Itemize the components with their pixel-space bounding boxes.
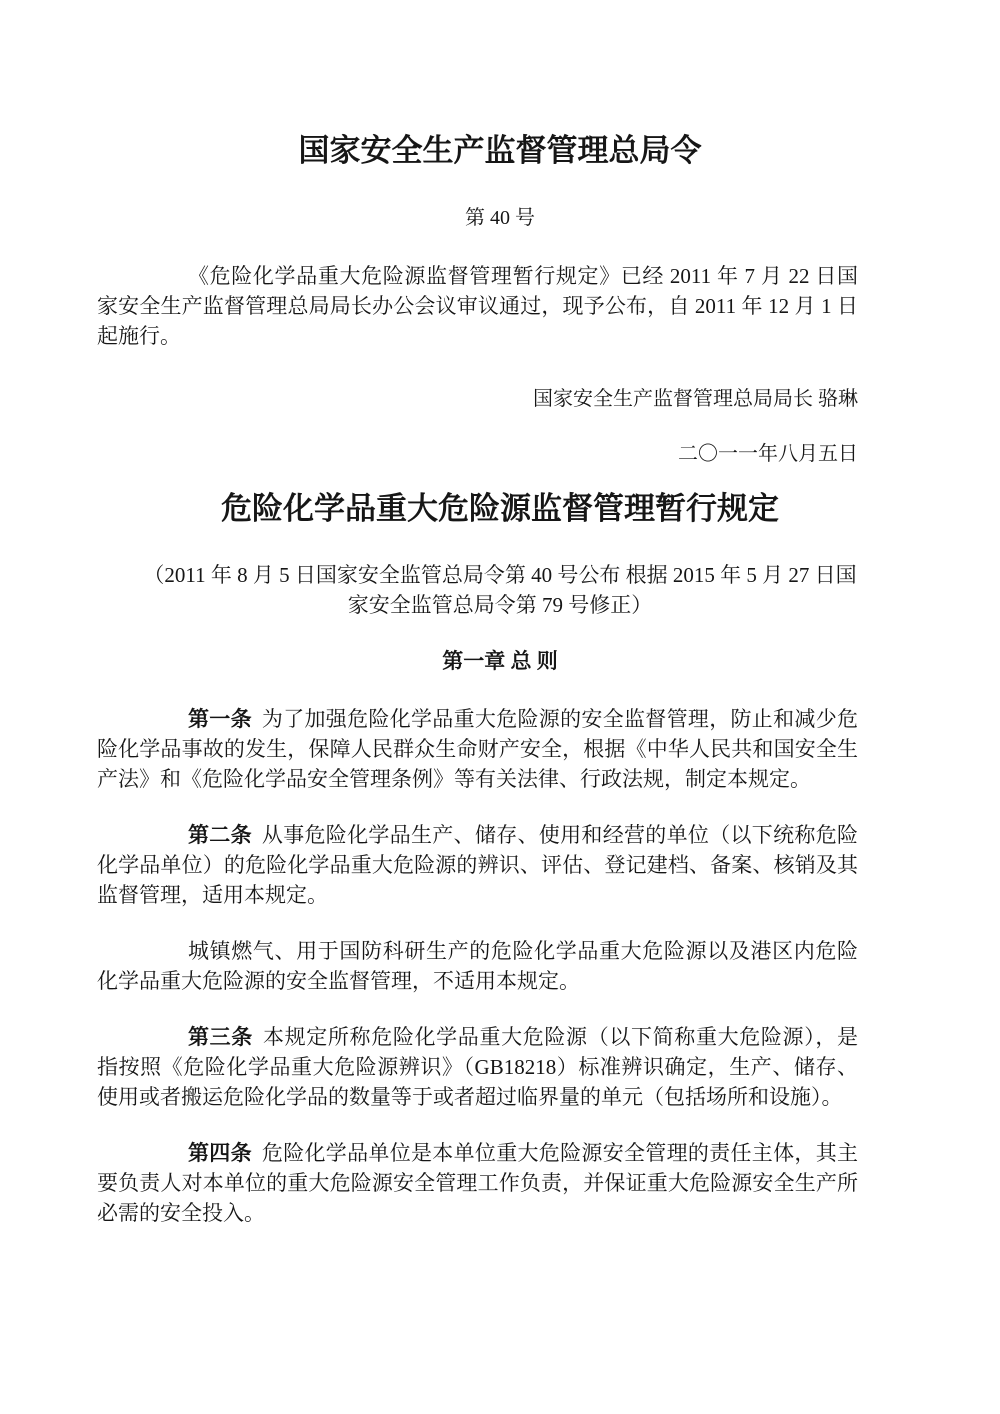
document-page: 国家安全生产监督管理总局令 第 40 号 《危险化学品重大危险源监督管理暂行规定… [0, 0, 1000, 1414]
article-number: 第二条 [188, 823, 252, 847]
regulation-title: 危险化学品重大危险源监督管理暂行规定 [0, 489, 1000, 529]
revision-note: （2011 年 8 月 5 日国家安全监管总局令第 40 号公布 根据 2015… [0, 560, 1000, 620]
article-paragraph: 第一条为了加强危险化学品重大危险源的安全监督管理，防止和减少危险化学品事故的发生… [97, 704, 858, 794]
decree-title: 国家安全生产监督管理总局令 [0, 133, 1000, 169]
decree-signer: 国家安全生产监督管理总局局长 骆琳 [97, 386, 858, 412]
decree-body: 《危险化学品重大危险源监督管理暂行规定》已经 2011 年 7 月 22 日国家… [97, 261, 858, 467]
article-number: 第一条 [188, 707, 252, 731]
decree-number: 第 40 号 [0, 205, 1000, 231]
article-paragraph: 城镇燃气、用于国防科研生产的危险化学品重大危险源以及港区内危险化学品重大危险源的… [97, 936, 858, 996]
article-number: 第四条 [188, 1141, 252, 1165]
article-number: 第三条 [188, 1025, 253, 1049]
article-paragraph: 第三条本规定所称危险化学品重大危险源（以下简称重大危险源），是指按照《危险化学品… [97, 1022, 858, 1112]
article-paragraph: 第二条从事危险化学品生产、储存、使用和经营的单位（以下统称危险化学品单位）的危险… [97, 820, 858, 910]
regulation-body: 第一条为了加强危险化学品重大危险源的安全监督管理，防止和减少危险化学品事故的发生… [97, 704, 858, 1228]
decree-date: 二〇一一年八月五日 [97, 441, 858, 467]
article-paragraph: 第四条危险化学品单位是本单位重大危险源安全管理的责任主体，其主要负责人对本单位的… [97, 1138, 858, 1228]
revision-note-line-2: 家安全监管总局令第 79 号修正） [0, 590, 1000, 620]
decree-announcement: 《危险化学品重大危险源监督管理暂行规定》已经 2011 年 7 月 22 日国家… [97, 261, 858, 351]
article-text: 城镇燃气、用于国防科研生产的危险化学品重大危险源以及港区内危险化学品重大危险源的… [97, 939, 858, 993]
chapter-heading: 第一章 总 则 [0, 648, 1000, 674]
revision-note-line-1: （2011 年 8 月 5 日国家安全监管总局令第 40 号公布 根据 2015… [0, 560, 1000, 590]
